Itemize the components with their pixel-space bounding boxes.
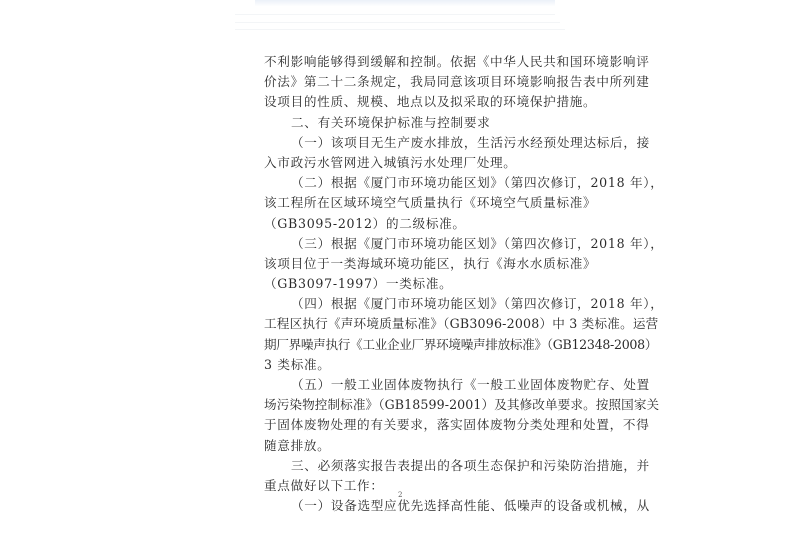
page-number: 2 (398, 491, 402, 499)
text-line: 设项目的性质、规模、地点以及拟采取的环境保护措施。 (264, 92, 544, 112)
text-line: 于固体废物处理的有关要求，落实固体废物分类处理和处置，不得 (264, 415, 544, 435)
text-line: 重点做好以下工作： (264, 476, 544, 496)
text-line: （GB3095-2012）的二级标准。 (264, 214, 544, 234)
text-line: （三）根据《厦门市环境功能区划》（第四次修订，2018 年）， (264, 234, 544, 254)
text-line: 场污染物控制标准》（GB18599-2001）及其修改单要求。按照国家关 (264, 395, 544, 415)
text-line: 入市政污水管网进入城镇污水处理厂处理。 (264, 153, 544, 173)
text-line: （一）该项目无生产废水排放，生活污水经预处理达标后，接 (264, 133, 544, 153)
text-line: 工程区执行《声环境质量标准》（GB3096-2008）中 3 类标准。运营 (264, 314, 544, 334)
text-line: （GB3097-1997）一类标准。 (264, 274, 544, 294)
text-line: （一）设备选型应优先选择高性能、低噪声的设备或机械，从 (264, 496, 544, 516)
scan-bleed-through (255, 0, 555, 6)
text-line: 该项目位于一类海域环境功能区，执行《海水水质标准》 (264, 254, 544, 274)
scan-artifact-line (235, 29, 565, 30)
text-line: 价法》第二十二条规定，我局同意该项目环境影响报告表中所列建 (264, 72, 544, 92)
text-line: （五）一般工业固体废物执行《一般工业固体废物贮存、处置 (264, 375, 544, 395)
document-body: 不利影响能够得到缓解和控制。依据《中华人民共和国环境影响评 价法》第二十二条规定… (264, 52, 544, 516)
scan-artifact-line (235, 14, 555, 15)
text-line: 该工程所在区域环境空气质量执行《环境空气质量标准》 (264, 193, 544, 213)
text-line: 不利影响能够得到缓解和控制。依据《中华人民共和国环境影响评 (264, 52, 544, 72)
scan-artifact-line (235, 22, 560, 23)
text-line: 期厂界噪声执行《工业企业厂界环境噪声排放标准》（GB12348-2008） (264, 335, 544, 355)
section-heading: 三、必须落实报告表提出的各项生态保护和污染防治措施，并 (264, 456, 544, 476)
section-heading: 二、有关环境保护标准与控制要求 (264, 113, 544, 133)
text-line: （二）根据《厦门市环境功能区划》（第四次修订，2018 年）， (264, 173, 544, 193)
text-line: 随意排放。 (264, 436, 544, 456)
text-line: 3 类标准。 (264, 355, 544, 375)
text-line: （四）根据《厦门市环境功能区划》（第四次修订，2018 年）， (264, 294, 544, 314)
